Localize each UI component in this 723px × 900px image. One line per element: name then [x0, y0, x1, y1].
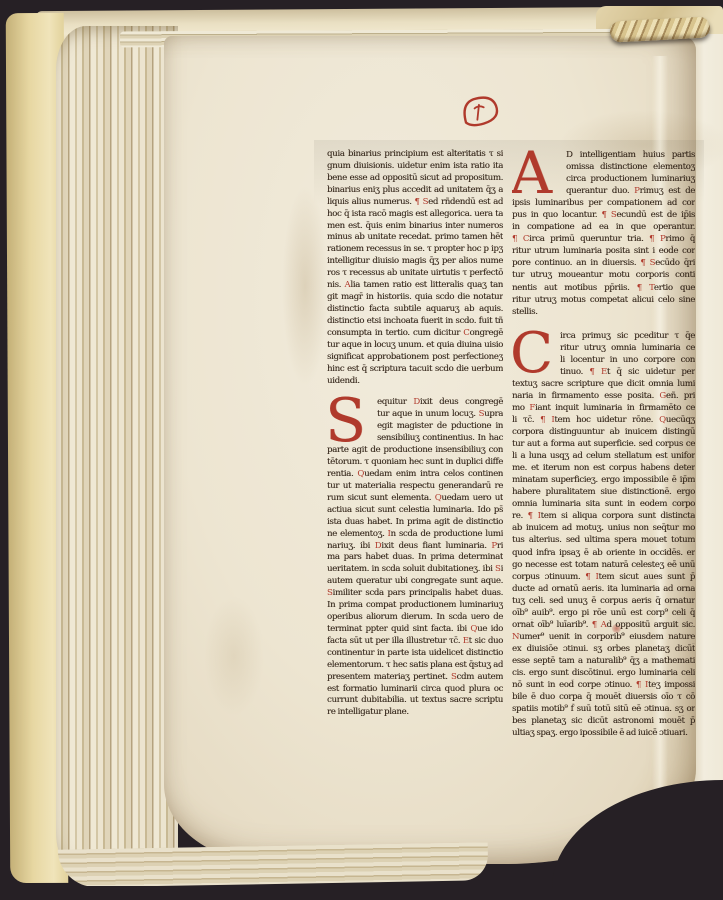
text-line: presentem materiaʒ pertinet. Scd̄m autem [327, 672, 503, 684]
text-line: rum sicut sunt elementa. Quedam uero ut [327, 493, 503, 505]
text-line: rationem recessus in se. τ propter hoc p… [327, 244, 503, 256]
text-line: ducte ad ornatū aeris. ita luminaria ad … [512, 583, 695, 595]
text-line: corpus ɔtinuum. ¶ Item sicut aues sunt p… [512, 571, 695, 583]
text-line: ne elementoʒ. In scd̄a de productione lu… [327, 529, 503, 541]
text-line: ab inuicem ad motuʒ. unius non seq̄tur m… [512, 522, 695, 534]
text-line: consumpta in tertio. cum dicitur Congreg… [327, 328, 503, 340]
text-line: stellis. [512, 306, 695, 318]
text-line: intelligitur diuisio magis q̄ʒ per alios… [327, 256, 503, 268]
text-line: gnum diuisionis. uidetur enim ista ratio… [327, 161, 503, 173]
text-line: li τc̄. ¶ Item hoc uidetur rōne. Quecūqʒ [512, 414, 695, 426]
text-line: naria in firmamento esse posita. Geñ. pr… [512, 390, 695, 402]
text-line: men est. q̄uis enim binarius inter numer… [327, 221, 503, 233]
text-line: bene esse ad oppositū sicut ad propositu… [327, 173, 503, 185]
text-line: nis. Alia tamen ratio est litteralis qua… [327, 280, 503, 292]
text-line: continentur in parte ista uidelicet dist… [327, 648, 503, 660]
text-line: distinctio etsi inchoata fuerit in scd̄o… [327, 316, 503, 328]
text-line: quia binarius principium est alteritatis… [327, 149, 503, 161]
text-line: pore continuo. an in diuersis. ¶ Secūdo … [512, 257, 695, 269]
text-line: autem queratur ubi congregate sunt aque. [327, 576, 503, 588]
text-line: mo Fiant inquit luminaria in firmamēto c… [512, 402, 695, 414]
text-line: cis. ergo sunt discōtinui. ergo luminari… [512, 667, 695, 679]
text-line: bile ē duo corpa q̄ mouēt̄ diuersis oīo … [512, 691, 695, 703]
text-block: quia binarius principium est alteritatis… [327, 149, 695, 739]
text-line: habere pluralitatem siue distinctionē. e… [512, 486, 695, 498]
text-line: ex diuisiōe ɔtinui. sʒ orbes planetaʒ di… [512, 643, 695, 655]
text-line: ueritatem. in scd̄a soluit dubitationeʒ.… [327, 564, 503, 576]
text-line: distinctio facta subtile aquaruʒ ab aqui… [327, 304, 503, 316]
text-line: omnia luminaria sita sunt in eodem corpo [512, 498, 695, 510]
text-line: In prima compat productionem luminariuʒ [327, 600, 503, 612]
drop-cap-initial: C [512, 326, 553, 382]
paragraph: quia binarius principium est alteritatis… [327, 149, 503, 387]
text-line: ritur utrum luminaria posita sint i eod̄… [512, 245, 695, 257]
text-line: tur aut a forma aut superficie. sed corp… [512, 438, 695, 450]
text-line: binarius eniʒ plus accedit ad unitatem q… [327, 185, 503, 197]
text-line: nariuʒ. ibi Dixit deus fiant luminaria. … [327, 541, 503, 553]
text-line: ros τ recessus ab unitate uirtutis τ per… [327, 268, 503, 280]
text-line: elementorum. τ hec satis plana est q̄stu… [327, 660, 503, 672]
text-line: operibus aliorum dierum. In scd̄a uero d… [327, 612, 503, 624]
text-line: ornat̄ oīb⁹ luīarib⁹. ¶ Ad oppositū argu… [512, 619, 695, 631]
text-line: git magr̄ in historiis. quia scd̄o die n… [327, 292, 503, 304]
text-line: go necesse est totam naturā celesteʒ eē … [512, 559, 695, 571]
text-column-left: quia binarius principium est alteritatis… [327, 149, 503, 739]
paragraph: Circa primuʒ sic pceditur τ q̄eritur utr… [512, 330, 695, 740]
text-line: spatiis motib⁹ f̄ suū totū sitū eē ɔtinu… [512, 703, 695, 715]
text-line: ma pars habet duas. In prima determinat [327, 552, 503, 564]
page-stain [204, 596, 264, 716]
text-line: minus ab unitate recedat. primo tamen hē… [327, 232, 503, 244]
text-line: quod infra ipsaʒ ē ab oriente in occidēs… [512, 547, 695, 559]
text-line: tur ut materialia respectu generandarū r… [327, 481, 503, 493]
text-line: re. ¶ Item si aliqua corpora sunt distin… [512, 510, 695, 522]
text-line: hinc est q̄ scriptura tacuit scd̄o die u… [327, 364, 503, 376]
text-line: Similiter scd̄a pars principalis habet d… [327, 588, 503, 600]
text-line: facta sūt ut per illa illustretur τc̄. E… [327, 636, 503, 648]
paragraph: AD intelligentiam huius partisomissa dis… [512, 149, 695, 318]
text-line: oīb⁹ auib⁹. ergo pi rōe unū est corp⁹ ce… [512, 607, 695, 619]
text-line: terminat ppter quid sint facta. ibi Que … [327, 624, 503, 636]
bottom-edge-page-stack [58, 842, 489, 887]
text-line: minatam superficieʒ. ergo impossibile ē … [512, 474, 695, 486]
text-line: bes planetaʒ sic dicūt astronomi mouēt̄ … [512, 715, 695, 727]
text-line: significat approbationem post perfection… [327, 352, 503, 364]
page-stain [282, 186, 328, 386]
text-line: est formatio luminarii circa quod plura … [327, 684, 503, 696]
text-column-right: AD intelligentiam huius partisomissa dis… [512, 149, 695, 739]
text-line: liquis alius numerus. ¶ Sed rñdendū est … [327, 197, 503, 209]
paragraph: Sequitur Dixit deus congregētur aque in … [327, 397, 503, 719]
quire-signature-mark [455, 91, 505, 138]
text-line: currunt dubitabilia. ut textus sacre scr… [327, 695, 503, 707]
text-line: rentia. Quedam enim intra celos continen [327, 469, 503, 481]
text-line: esse septē tam a naturalib⁹ q̄ʒ a mathem… [512, 655, 695, 667]
text-line: nō sunt in eod̄ corpe ɔtinuo. ¶ Iteʒ imp… [512, 679, 695, 691]
text-line: nentis aut motibus pp̄riis. ¶ Tertio que [512, 282, 695, 294]
text-line: tuʒ celi. sed unuʒ ē corpus aeris q̄ orn… [512, 595, 695, 607]
drop-cap-initial: S [327, 393, 366, 449]
text-line: in compatione ad ea in que operantur. [512, 221, 695, 233]
text-line: ritur utruʒ motus competat alicui celo s… [512, 294, 695, 306]
text-line: me. et iterum non est corpus habens dete… [512, 462, 695, 474]
drop-cap-initial: A [512, 149, 552, 201]
text-line: re intelligatur plane. [327, 707, 503, 719]
text-line: tur utruʒ moueantur motu corporis conti [512, 269, 695, 281]
text-line: ¶ Circa primū queruntur tria. ¶ Primo q̄ [512, 233, 695, 245]
text-line: tus alterius. sed ultima spera mouet tot… [512, 534, 695, 546]
fore-edge-page-stack [56, 26, 178, 882]
text-line: actiua sicut sunt celestia luminaria. Id… [327, 505, 503, 517]
text-line: tur aque in locuʒ unum. et quia diuina u… [327, 340, 503, 352]
book-photo: quia binarius principium est alteritatis… [0, 0, 723, 900]
text-line: Numer⁹ uenit in corporib⁹ eiusdem nature [512, 631, 695, 643]
text-line: ista duas habet. In prima agit de distin… [327, 517, 503, 529]
text-line: corpora distinguuntur ab inuicem disting… [512, 426, 695, 438]
text-line: li a luna usqʒ ad celum stellatum est un… [512, 450, 695, 462]
text-line: hoc q̄ ista racō magis est allegorica. u… [327, 209, 503, 221]
text-line: ultiaʒ spaʒ. ergo ipossibile ē ad iuicē … [512, 727, 695, 739]
text-line: tētorum. τ quoniam hec sunt in duplici d… [327, 457, 503, 469]
text-line: pus in quo locantur. ¶ Secundū est de ip… [512, 209, 695, 221]
